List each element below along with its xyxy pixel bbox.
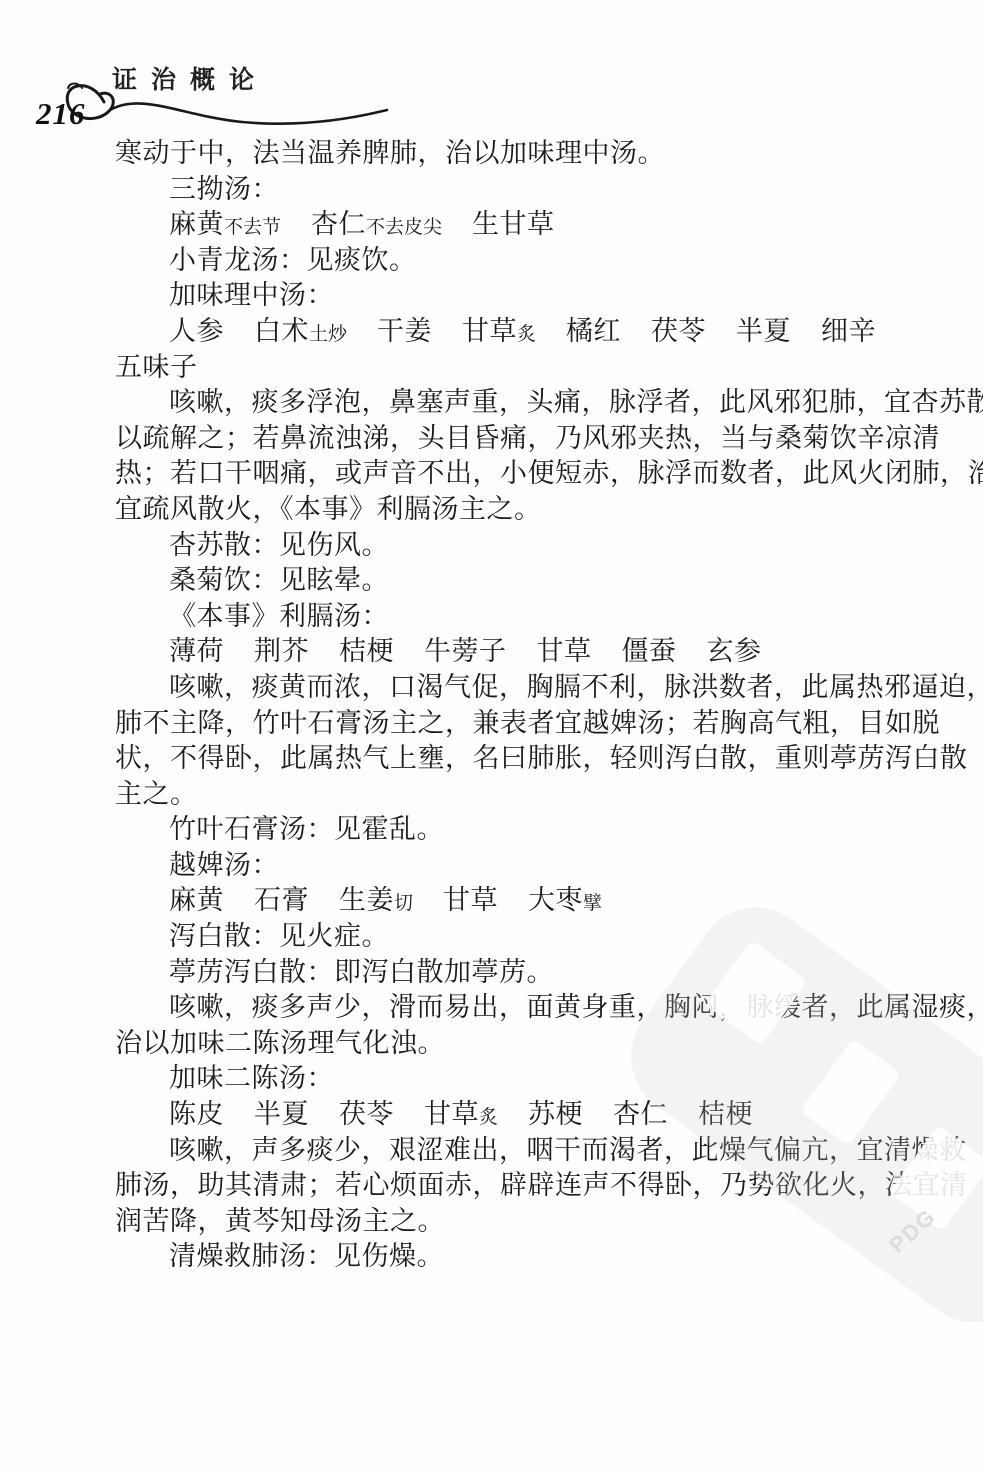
text-segment: 三拗汤： xyxy=(169,174,279,204)
text-segment: 人参 xyxy=(169,316,224,346)
text-line: 葶苈泻白散：即泻白散加葶苈。 xyxy=(115,955,909,991)
text-segment: 咳嗽，痰黄而浓，口渴气促，胸膈不利，脉洪数者，此属热邪逼迫， xyxy=(169,672,983,702)
text-line: 咳嗽，痰多浮泡，鼻塞声重，头痛，脉浮者，此风邪犯肺，宜杏苏散 xyxy=(115,385,909,421)
text-line: 越婢汤： xyxy=(115,848,909,884)
text-segment: 小青龙汤：见痰饮。 xyxy=(169,245,417,275)
text-line: 咳嗽，声多痰少，艰涩难出，咽干而渴者，此燥气偏亢，宜清燥救 xyxy=(115,1133,909,1169)
text-segment: 大枣 xyxy=(528,885,583,915)
text-line: 人参白术土炒干姜甘草炙橘红茯苓半夏细辛 xyxy=(115,314,909,350)
text-segment: 肺不主降，竹叶石膏汤主之，兼表者宜越婢汤；若胸高气粗，目如脱 xyxy=(115,708,940,738)
text-line: 麻黄不去节杏仁不去皮尖生甘草 xyxy=(115,207,909,243)
text-line: 热；若口干咽痛，或声音不出，小便短赤，脉浮而数者，此风火闭肺，治 xyxy=(115,456,909,492)
annotation-small-text: 切 xyxy=(394,893,413,914)
text-segment: 甘草 xyxy=(424,1099,479,1129)
text-line: 润苦降，黄芩知母汤主之。 xyxy=(115,1204,909,1240)
text-segment: 杏仁 xyxy=(613,1099,668,1129)
text-segment: 细辛 xyxy=(821,316,876,346)
text-line: 《本事》利膈汤： xyxy=(115,599,909,635)
text-segment: 泻白散：见火症。 xyxy=(169,921,389,951)
annotation-small-text: 擘 xyxy=(583,893,602,914)
text-segment: 主之。 xyxy=(115,779,198,809)
text-line: 五味子 xyxy=(115,350,909,386)
text-line: 咳嗽，痰多声少，滑而易出，面黄身重，胸闷，脉缓者，此属湿痰， xyxy=(115,990,909,1026)
text-segment: 荆芥 xyxy=(254,636,309,666)
text-segment: 石膏 xyxy=(254,885,309,915)
text-segment: 茯苓 xyxy=(339,1099,394,1129)
text-segment: 竹叶石膏汤：见霍乱。 xyxy=(169,814,444,844)
text-segment: 薄荷 xyxy=(169,636,224,666)
text-segment: 状，不得卧，此属热气上壅，名曰肺胀，轻则泻白散，重则葶苈泻白散 xyxy=(115,743,968,773)
text-segment: 麻黄 xyxy=(169,885,224,915)
text-line: 以疏解之；若鼻流浊涕，头目昏痛，乃风邪夹热，当与桑菊饮辛凉清 xyxy=(115,421,909,457)
text-line: 竹叶石膏汤：见霍乱。 xyxy=(115,812,909,848)
text-segment: 肺汤，助其清肃；若心烦面赤，辟辟连声不得卧，乃势欲化火，法宜清 xyxy=(115,1170,968,1200)
text-line: 肺汤，助其清肃；若心烦面赤，辟辟连声不得卧，乃势欲化火，法宜清 xyxy=(115,1168,909,1204)
text-line: 麻黄石膏生姜切甘草大枣擘 xyxy=(115,883,909,919)
text-segment: 生姜 xyxy=(339,885,394,915)
text-segment: 生甘草 xyxy=(472,209,555,239)
text-line: 主之。 xyxy=(115,777,909,813)
text-segment: 半夏 xyxy=(736,316,791,346)
annotation-small-text: 炙 xyxy=(479,1107,498,1128)
book-page: 证治概论 216 寒动于中，法当温养脾肺，治以加味理中汤。三拗汤：麻黄不去节杏仁… xyxy=(0,0,983,1470)
text-segment: 桔梗 xyxy=(339,636,394,666)
annotation-small-text: 不去皮尖 xyxy=(366,217,442,238)
text-line: 清燥救肺汤：见伤燥。 xyxy=(115,1239,909,1275)
text-line: 治以加味二陈汤理气化浊。 xyxy=(115,1026,909,1062)
annotation-small-text: 不去节 xyxy=(224,217,281,238)
text-line: 小青龙汤：见痰饮。 xyxy=(115,243,909,279)
text-segment: 加味二陈汤： xyxy=(169,1063,334,1093)
text-segment: 苏梗 xyxy=(528,1099,583,1129)
text-line: 加味理中汤： xyxy=(115,278,909,314)
text-line: 加味二陈汤： xyxy=(115,1061,909,1097)
text-segment: 润苦降，黄芩知母汤主之。 xyxy=(115,1206,445,1236)
text-segment: 热；若口干咽痛，或声音不出，小便短赤，脉浮而数者，此风火闭肺，治 xyxy=(115,458,983,488)
text-segment: 半夏 xyxy=(254,1099,309,1129)
text-segment: 咳嗽，痰多浮泡，鼻塞声重，头痛，脉浮者，此风邪犯肺，宜杏苏散 xyxy=(169,387,983,417)
text-segment: 陈皮 xyxy=(169,1099,224,1129)
text-line: 杏苏散：见伤风。 xyxy=(115,528,909,564)
text-segment: 白术 xyxy=(254,316,309,346)
text-segment: 玄参 xyxy=(707,636,762,666)
text-segment: 《本事》利膈汤： xyxy=(169,601,389,631)
text-segment: 清燥救肺汤：见伤燥。 xyxy=(169,1241,444,1271)
text-line: 状，不得卧，此属热气上壅，名曰肺胀，轻则泻白散，重则葶苈泻白散 xyxy=(115,741,909,777)
text-segment: 桔梗 xyxy=(698,1099,753,1129)
text-segment: 牛蒡子 xyxy=(424,636,507,666)
text-segment: 宜疏风散火，《本事》利膈汤主之。 xyxy=(115,494,542,524)
text-segment: 甘草 xyxy=(537,636,592,666)
text-line: 寒动于中，法当温养脾肺，治以加味理中汤。 xyxy=(115,136,909,172)
text-line: 陈皮半夏茯苓甘草炙苏梗杏仁桔梗 xyxy=(115,1097,909,1133)
text-segment: 五味子 xyxy=(115,352,198,382)
text-segment: 甘草 xyxy=(462,316,517,346)
text-segment: 越婢汤： xyxy=(169,850,279,880)
text-segment: 杏仁 xyxy=(311,209,366,239)
text-line: 宜疏风散火，《本事》利膈汤主之。 xyxy=(115,492,909,528)
text-line: 咳嗽，痰黄而浓，口渴气促，胸膈不利，脉洪数者，此属热邪逼迫， xyxy=(115,670,909,706)
text-segment: 以疏解之；若鼻流浊涕，头目昏痛，乃风邪夹热，当与桑菊饮辛凉清 xyxy=(115,423,940,453)
annotation-small-text: 炙 xyxy=(517,324,536,345)
text-segment: 杏苏散：见伤风。 xyxy=(169,530,389,560)
text-segment: 麻黄 xyxy=(169,209,224,239)
text-segment: 僵蚕 xyxy=(622,636,677,666)
body-text: 寒动于中，法当温养脾肺，治以加味理中汤。三拗汤：麻黄不去节杏仁不去皮尖生甘草小青… xyxy=(115,136,909,1275)
text-segment: 葶苈泻白散：即泻白散加葶苈。 xyxy=(169,957,554,987)
text-line: 薄荷荆芥桔梗牛蒡子甘草僵蚕玄参 xyxy=(115,634,909,670)
text-line: 三拗汤： xyxy=(115,172,909,208)
text-segment: 桑菊饮：见眩晕。 xyxy=(169,565,389,595)
text-segment: 治以加味二陈汤理气化浊。 xyxy=(115,1028,445,1058)
text-line: 桑菊饮：见眩晕。 xyxy=(115,563,909,599)
text-segment: 甘草 xyxy=(443,885,498,915)
text-segment: 咳嗽，声多痰少，艰涩难出，咽干而渴者，此燥气偏亢，宜清燥救 xyxy=(169,1135,967,1165)
text-segment: 加味理中汤： xyxy=(169,280,334,310)
text-segment: 寒动于中，法当温养脾肺，治以加味理中汤。 xyxy=(115,138,665,168)
page-number: 216 xyxy=(36,96,86,132)
text-line: 肺不主降，竹叶石膏汤主之，兼表者宜越婢汤；若胸高气粗，目如脱 xyxy=(115,706,909,742)
text-line: 泻白散：见火症。 xyxy=(115,919,909,955)
text-segment: 茯苓 xyxy=(651,316,706,346)
text-segment: 干姜 xyxy=(377,316,432,346)
text-segment: 橘红 xyxy=(566,316,621,346)
text-segment: 咳嗽，痰多声少，滑而易出，面黄身重，胸闷，脉缓者，此属湿痰， xyxy=(169,992,983,1022)
annotation-small-text: 土炒 xyxy=(309,324,347,345)
